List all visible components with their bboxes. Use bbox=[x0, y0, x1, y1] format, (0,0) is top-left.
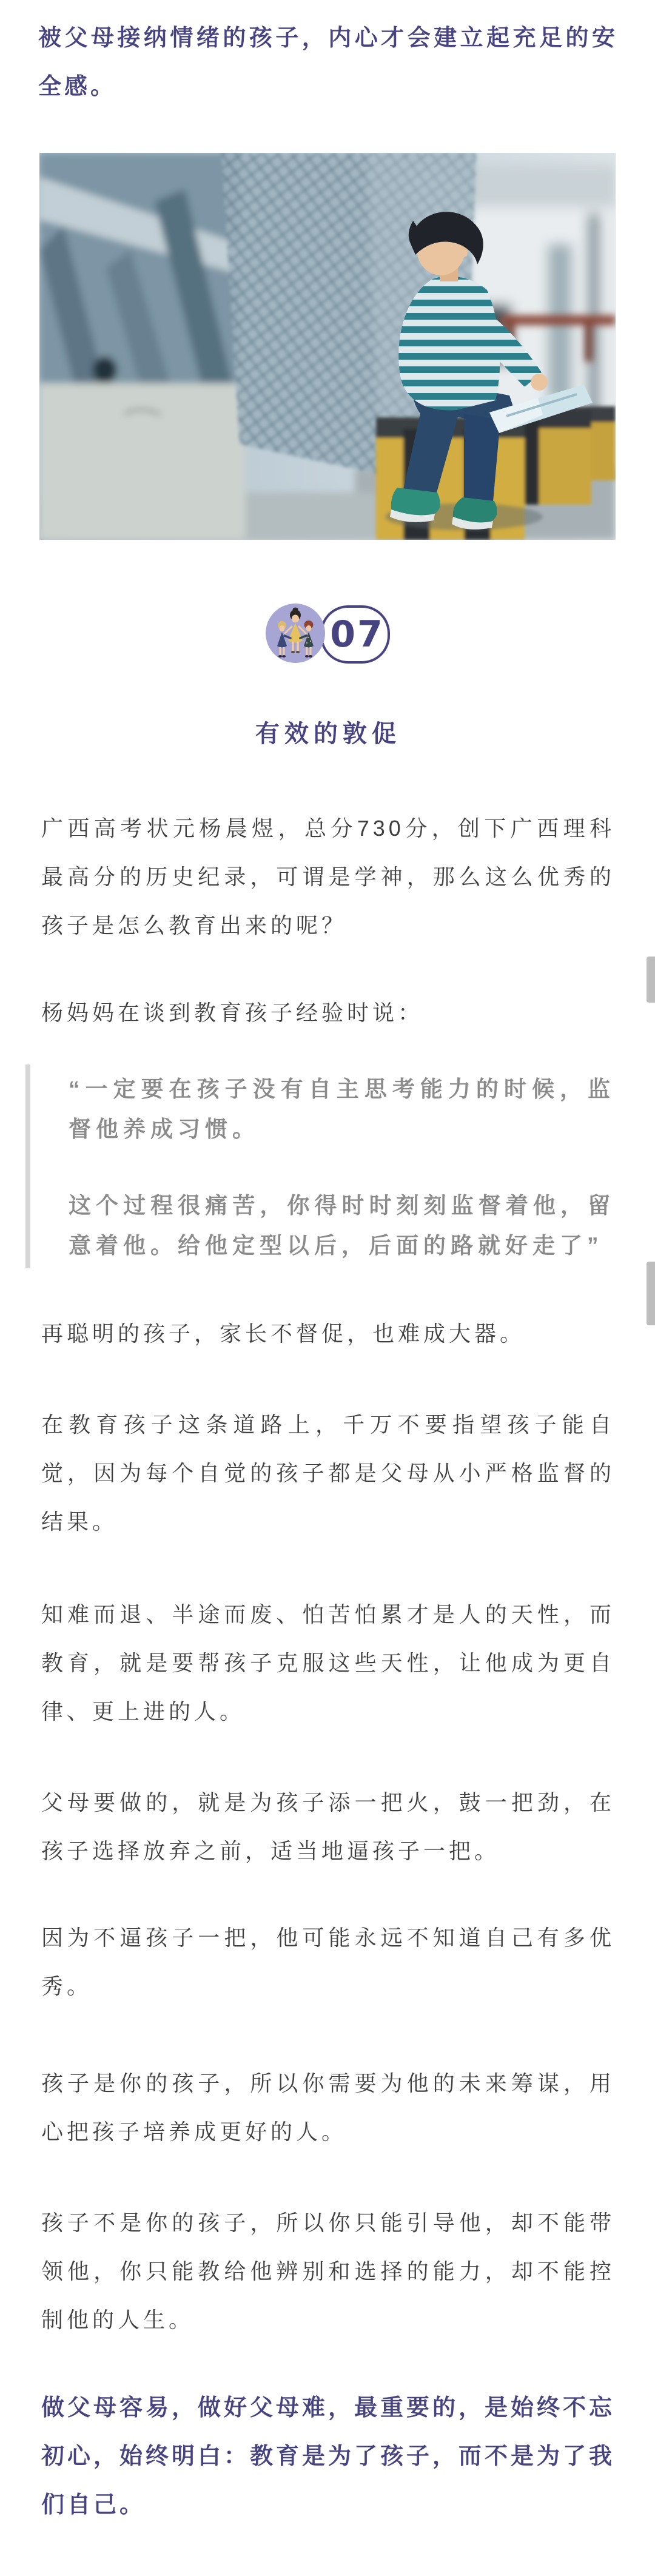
section-badge: 07 bbox=[0, 604, 655, 663]
article-page: 被父母接纳情绪的孩子，内心才会建立起充足的安全感。 bbox=[0, 0, 655, 2576]
mother-quote-block: “一定要在孩子没有自主思考能力的时候，监督他养成习惯。 这个过程很痛苦，你得时时… bbox=[25, 1064, 655, 1268]
paragraph: 孩子是你的孩子，所以你需要为他的未来筹谋，用心把孩子培养成更好的人。 bbox=[0, 2059, 655, 2156]
section-number: 07 bbox=[325, 613, 385, 656]
section-number-pill: 07 bbox=[320, 605, 390, 664]
scrollbar-thumb[interactable] bbox=[647, 957, 655, 1003]
quote-paragraph: “一定要在孩子没有自主思考能力的时候，监督他养成习惯。 bbox=[69, 1069, 615, 1149]
intro-highlight-text: 被父母接纳情绪的孩子，内心才会建立起充足的安全感。 bbox=[0, 14, 655, 111]
boy-reading-photo-illustration bbox=[39, 153, 616, 540]
quote-paragraph: 这个过程很痛苦，你得时时刻刻监督着他，留意着他。给他定型以后，后面的路就好走了” bbox=[69, 1186, 615, 1266]
scrollbar-thumb[interactable] bbox=[647, 1262, 655, 1325]
paragraph: 在教育孩子这条道路上，千万不要指望孩子能自觉，因为每个自觉的孩子都是父母从小严格… bbox=[0, 1401, 655, 1546]
conclusion-highlight-text: 做父母容易，做好父母难，最重要的，是始终不忘初心，始终明白：教育是为了孩子，而不… bbox=[0, 2384, 655, 2529]
paragraph: 杨妈妈在谈到教育孩子经验时说： bbox=[0, 989, 655, 1037]
article-photo bbox=[39, 153, 616, 540]
paragraph: 父母要做的，就是为孩子添一把火，鼓一把劲，在孩子选择放弃之前，适当地逼孩子一把。 bbox=[0, 1778, 655, 1875]
paragraph: 孩子不是你的孩子，所以你只能引导他，却不能带领他，你只能教给他辨别和选择的能力，… bbox=[0, 2199, 655, 2344]
paragraph: 广西高考状元杨晨煜，总分730分，创下广西理科最高分的历史纪录，可谓是学神，那么… bbox=[0, 804, 655, 950]
paragraph: 再聪明的孩子，家长不督促，也难成大器。 bbox=[0, 1310, 655, 1358]
three-women-icon bbox=[266, 604, 325, 663]
paragraph: 因为不逼孩子一把，他可能永远不知道自己有多优秀。 bbox=[0, 1914, 655, 2011]
section-title: 有效的敦促 bbox=[41, 710, 615, 758]
paragraph: 知难而退、半途而废、怕苦怕累才是人的天性，而教育，就是要帮孩子克服这些天性，让他… bbox=[0, 1590, 655, 1736]
